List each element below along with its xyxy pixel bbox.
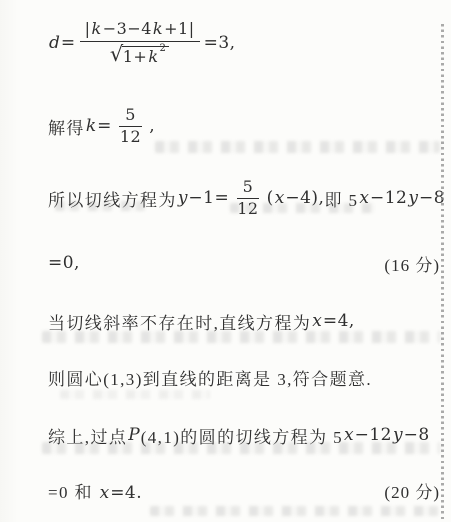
equation-result: =3, [204,33,236,53]
page-edge-dotted-line [441,24,444,522]
fraction-5-12: 5 12 [116,106,145,146]
variable-x: x [99,483,111,503]
fraction-numerator: |k−3−4k+1| [80,20,200,41]
statement-center-distance: 则圆心(1,3)到直线的距离是 3,符合题意. [48,366,372,388]
fraction-5-12: 5 12 [233,178,262,218]
variable-y: y [392,425,404,445]
variable-k: k [85,116,97,136]
variable-y: y [177,188,189,208]
equation-distance: d = |k−3−4k+1| √1+k2 =3, [48,17,236,69]
solve-prefix: 解得 [48,114,85,139]
equation-zero-line: =0, (16 分) [48,252,440,274]
equals-sign: = [61,33,76,53]
variable-x: x [274,188,286,208]
equation-solve-k: 解得 k = 5 12 , [48,104,155,148]
statement-summary: 综上,过点 P(4,1)的圆的切线方程为 5x−12y−8 [48,423,430,447]
score-16-label: (16 分) [384,251,440,276]
equation-tangent-line: 所以切线方程为 y −1= 5 12 (x−4), 即 5x−12y−8 [48,176,445,220]
variable-x: x [343,425,355,445]
statement-final: =0 和 x=4. (20 分) [48,479,440,501]
comma: , [149,116,155,136]
fraction-distance: |k−3−4k+1| √1+k2 [80,20,200,66]
variable-x: x [311,311,323,331]
tangent-prefix: 所以切线方程为 [48,186,177,211]
variable-d: d [48,33,61,53]
equals-sign: = [97,116,112,136]
radicand: 1+k2 [122,46,170,66]
variable-P: P [127,425,140,445]
statement-vertical-tangent: 当切线斜率不存在时,直线方程为 x=4, [48,310,355,332]
variable-x: x [358,188,370,208]
final-equation: =0 和 x=4. [48,478,142,503]
variable-y: y [407,188,419,208]
fraction-denominator: √1+k2 [105,42,175,66]
score-20-label: (20 分) [384,478,440,503]
equation-continuation: =0, [48,253,80,273]
